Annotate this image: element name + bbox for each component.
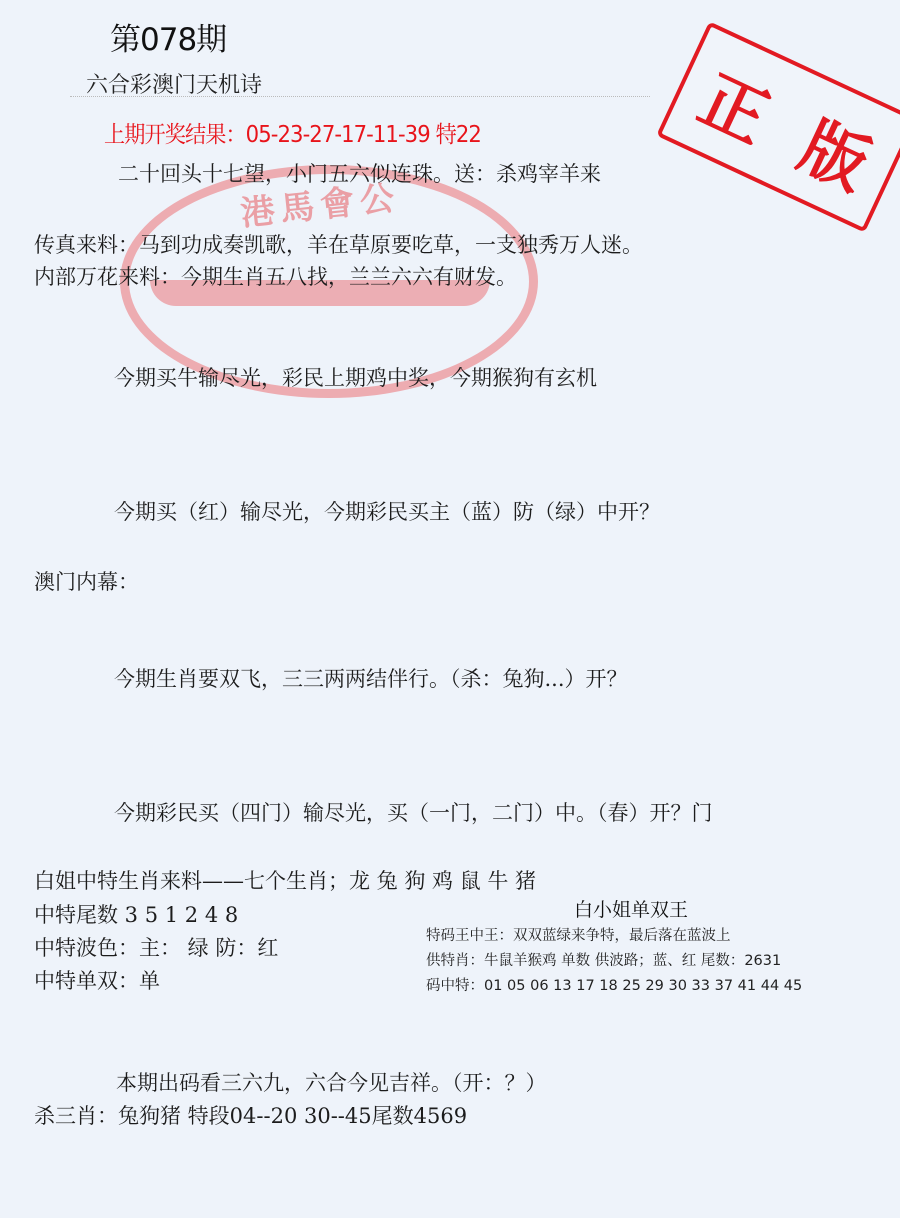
- macau-label: 澳门内幕：: [34, 566, 139, 596]
- dotted-divider: [70, 96, 650, 97]
- panel-title: 白小姐单双王: [574, 895, 688, 922]
- authentic-stamp: 正 版: [656, 21, 900, 232]
- panel-line-2: 供特肖：牛鼠羊猴鸡 单数 供波路；蓝、红 尾数：2631: [426, 949, 781, 970]
- footer-line-1: 本期出码看三六九，六合今见吉祥。（开：？）: [116, 1067, 547, 1097]
- fax-line: 传真来料：马到功成奏凯歌，羊在草原要吃草，一支独秀万人迷。: [34, 229, 643, 259]
- bai-zodiac-line: 白姐中特生肖来料——七个生肖；龙 兔 狗 鸡 鼠 牛 猪: [34, 865, 536, 895]
- panel-line-3: 码中特：01 05 06 13 17 18 25 29 30 33 37 41 …: [426, 974, 802, 995]
- poem-line: 二十回头十七望，小门五六似连珠。送：杀鸡宰羊来: [118, 158, 601, 188]
- bai-tail-line: 中特尾数 3 5 1 2 4 8: [34, 899, 238, 929]
- panel-line-1: 特码王中王：双双蓝绿来争特，最后落在蓝波上: [426, 924, 731, 945]
- last-draw-result: 上期开奖结果：05-23-27-17-11-39 特22: [104, 116, 481, 149]
- footer-line-2: 杀三肖：兔狗猪 特段04--20 30--45尾数4569: [34, 1100, 467, 1130]
- hint-line-2: 今期买（红）输尽光，今期彩民买主（蓝）防（绿）中开？: [114, 496, 660, 526]
- macau-line-1: 今期生肖要双飞，三三两两结伴行。（杀：兔狗...）开？: [114, 663, 628, 693]
- stamp-char-1: 正: [687, 47, 787, 161]
- issue-number: 第078期: [110, 14, 226, 59]
- page-subtitle: 六合彩澳门天机诗: [86, 68, 262, 99]
- bai-odd-even-line: 中特单双：单: [34, 965, 160, 995]
- hint-line-1: 今期买牛输尽光，彩民上期鸡中奖，今期猴狗有玄机: [114, 362, 597, 392]
- macau-line-2: 今期彩民买（四门）输尽光，买（一门，二门）中。（春）开？门: [114, 797, 713, 827]
- stamp-char-2: 版: [787, 93, 887, 207]
- bai-wave-line: 中特波色：主： 绿 防：红: [34, 932, 278, 962]
- wanhua-line: 内部万花来料：今期生肖五八找，兰兰六六有财发。: [34, 261, 517, 291]
